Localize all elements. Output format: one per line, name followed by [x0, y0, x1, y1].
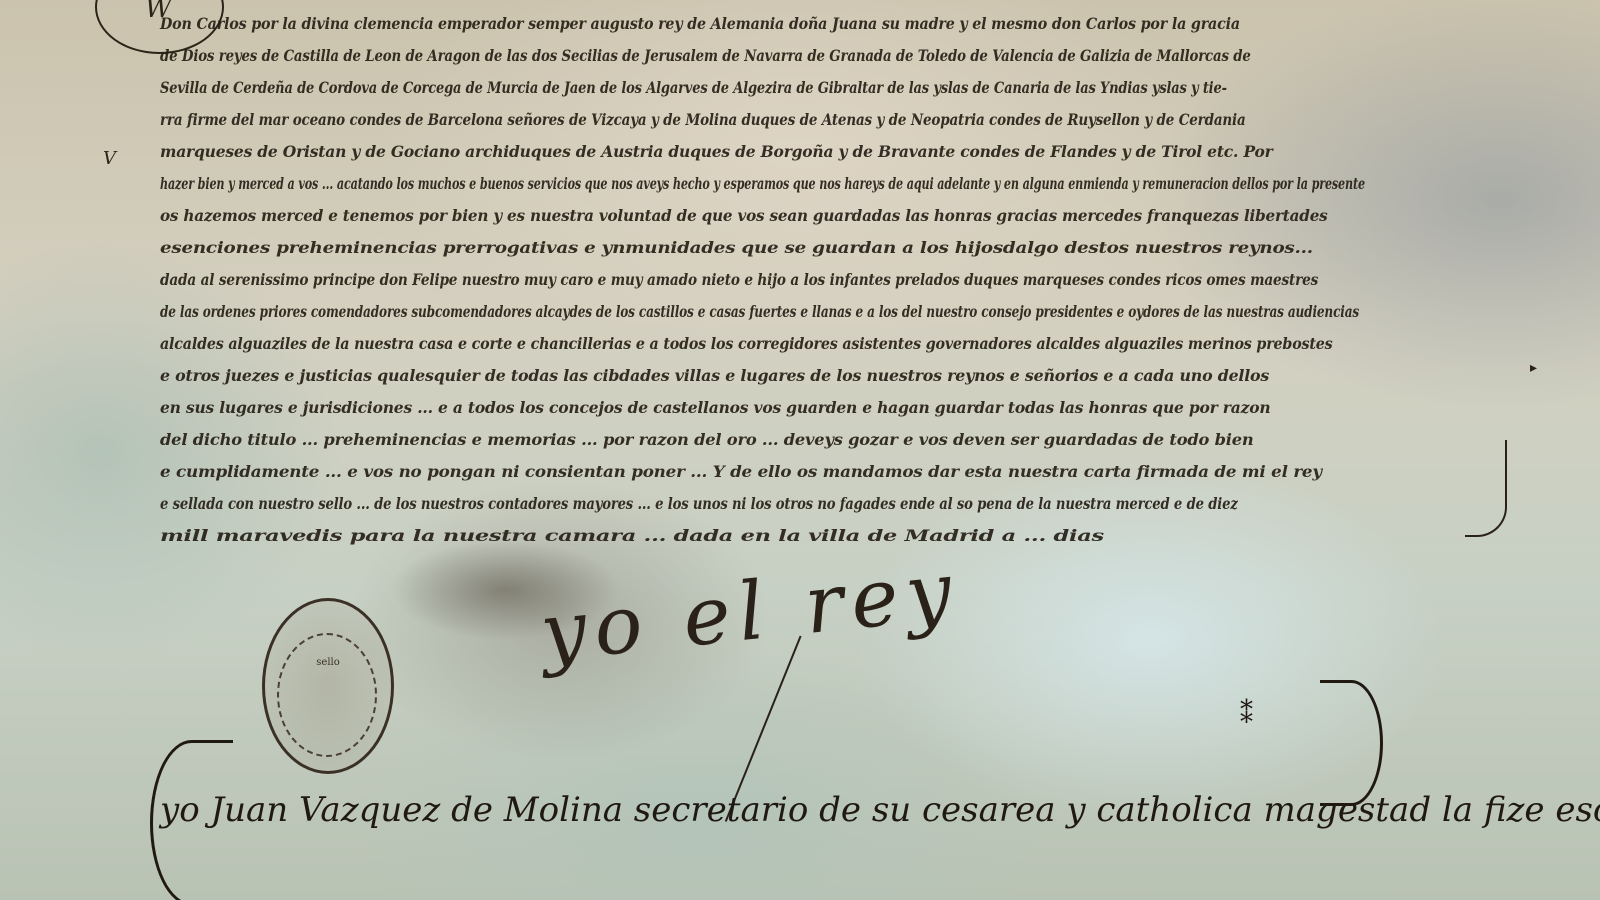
text-line-7: os hazemos merced e tenemos por bien y e…: [160, 206, 1328, 225]
text-line-4: rra firme del mar oceano condes de Barce…: [160, 110, 1246, 129]
text-line-6: hazer bien y merced a vos ... acatando l…: [160, 174, 1365, 193]
closing-bracket-flourish: [1465, 440, 1507, 537]
text-line-14: del dicho titulo ... preheminencias e me…: [160, 430, 1254, 449]
text-line-8: esenciones preheminencias prerrogativas …: [160, 238, 1313, 257]
seal-inner-ring: [277, 633, 377, 757]
wax-seal: sello: [262, 598, 394, 774]
text-line-5: marqueses de Oristan y de Gociano archid…: [160, 142, 1273, 161]
margin-mark: V: [103, 148, 116, 169]
text-line-2: de Dios reyes de Castilla de Leon de Ara…: [160, 46, 1251, 65]
text-line-13: en sus lugares e jurisdiciones ... e a t…: [160, 398, 1270, 417]
secretary-signature: yo Juan Vazquez de Molina secretario de …: [160, 790, 1600, 830]
text-line-11: alcaldes alguaziles de la nuestra casa e…: [160, 334, 1333, 353]
signature-flourish-right: [1320, 680, 1383, 806]
text-line-1: Don Carlos por la divina clemencia emper…: [160, 14, 1240, 33]
text-line-16: e sellada con nuestro sello ... de los n…: [160, 494, 1238, 513]
text-line-15: e cumplidamente ... e vos no pongan ni c…: [160, 462, 1322, 481]
margin-tick: ▸: [1530, 360, 1537, 376]
text-line-9: dada al serenissimo principe don Felipe …: [160, 270, 1318, 289]
seal-label: sello: [265, 657, 391, 668]
text-line-10: de las ordenes priores comendadores subc…: [160, 302, 1359, 321]
manuscript-document: W V Don Carlos por la divina clemencia e…: [0, 0, 1600, 900]
text-line-3: Sevilla de Cerdeña de Cordova de Corcega…: [160, 78, 1227, 97]
notarial-mark-icon: ⁑: [1240, 700, 1253, 730]
text-line-12: e otros juezes e justicias qualesquier d…: [160, 366, 1269, 385]
